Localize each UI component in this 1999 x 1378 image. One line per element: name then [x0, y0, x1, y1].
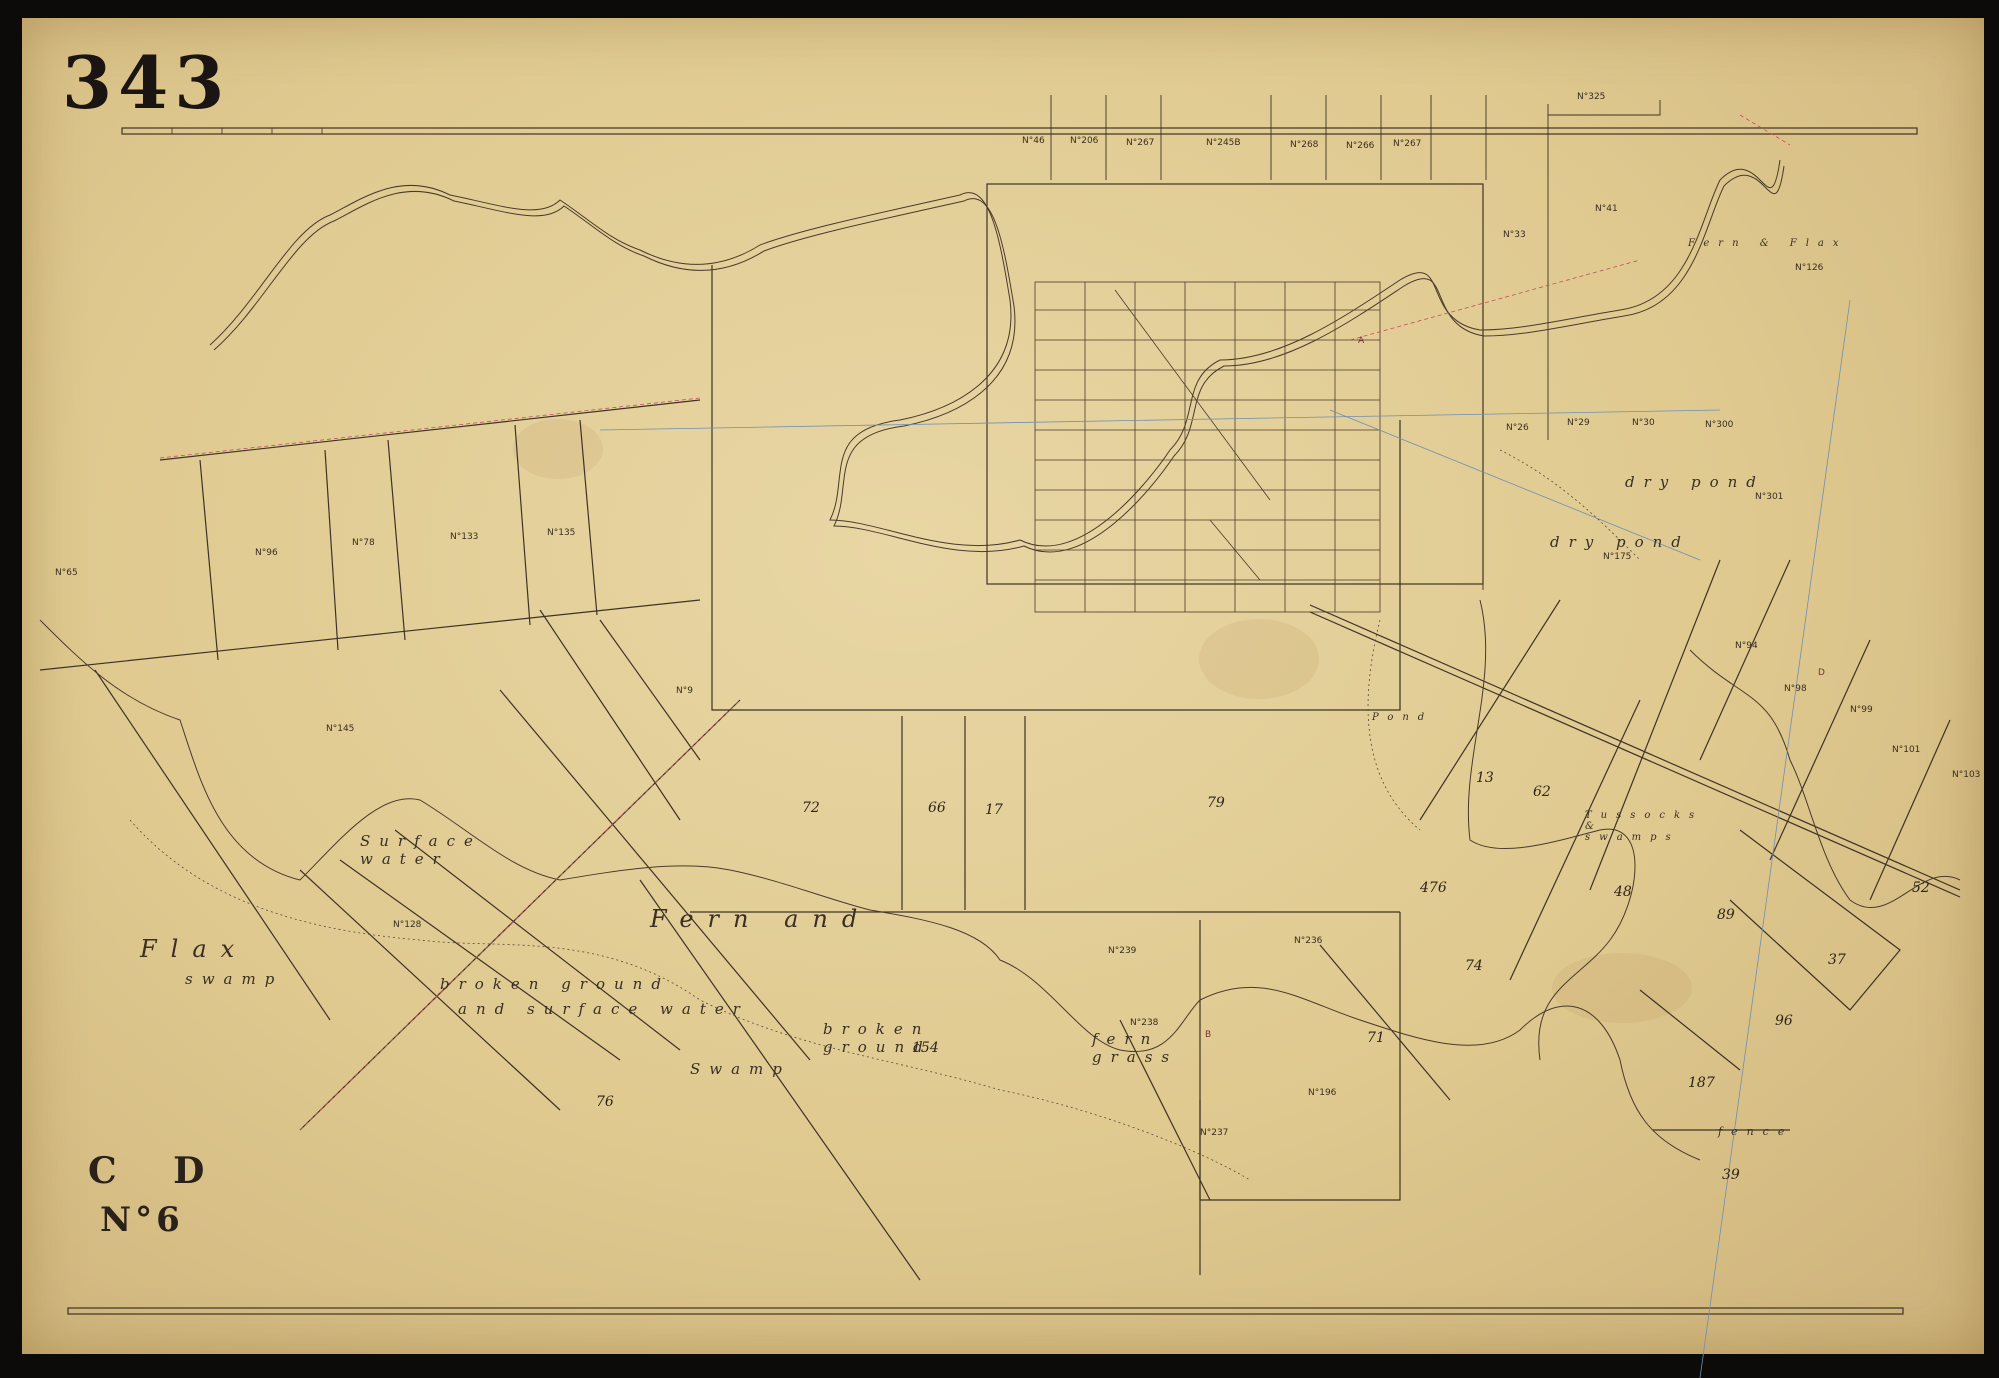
lot-label: N°101 [1892, 745, 1920, 755]
section-number: 76 [596, 1094, 614, 1110]
boundary-lines [40, 95, 1960, 1314]
annotation-surface-water: and surface water [458, 1000, 749, 1018]
lot-label: N°267 [1126, 138, 1154, 148]
lot-label: N°135 [547, 528, 575, 538]
lot-label: N°145 [326, 724, 354, 734]
lot-label: N°133 [450, 532, 478, 542]
annotation-fern-grass: fern grass [1092, 1030, 1172, 1066]
section-number: 72 [802, 800, 820, 816]
top-scale-bar [122, 128, 1917, 134]
section-number: 96 [1775, 1013, 1793, 1029]
section-number: 62 [1533, 784, 1551, 800]
lot-label: N°30 [1632, 418, 1655, 428]
lot-label: N°9 [676, 686, 693, 696]
swamp-boundaries [130, 450, 1640, 1180]
lot-label: N°175 [1603, 552, 1631, 562]
lot-label: N°196 [1308, 1088, 1336, 1098]
lot-label: N°245B [1206, 138, 1241, 148]
lot-label: N°268 [1290, 140, 1318, 150]
river [40, 160, 1960, 1160]
lot-label: N°239 [1108, 946, 1136, 956]
annotation-fern: Fern and [650, 905, 871, 933]
survey-point: D [1818, 668, 1825, 678]
lot-label: N°300 [1705, 420, 1733, 430]
lot-label: N°128 [393, 920, 421, 930]
annotation-swamp: Swamp [690, 1060, 791, 1078]
section-number: 79 [1207, 795, 1225, 811]
survey-map-drawing [0, 0, 1999, 1378]
annotation-pond: Pond [1372, 712, 1433, 723]
section-number: 66 [928, 800, 946, 816]
lot-label: N°29 [1567, 418, 1590, 428]
lot-label: N°301 [1755, 492, 1783, 502]
lot-label: N°65 [55, 568, 78, 578]
section-number: 52 [1912, 880, 1930, 896]
lot-label: N°96 [255, 548, 278, 558]
annotation-dry-pond: dry pond [1625, 473, 1765, 491]
section-number: 476 [1420, 880, 1447, 896]
annotation-broken-ground: broken ground [440, 975, 670, 993]
section-number: 187 [1688, 1075, 1715, 1091]
section-number: 17 [985, 802, 1003, 818]
lot-label: N°126 [1795, 263, 1823, 273]
lot-label: N°267 [1393, 139, 1421, 149]
lot-label: N°26 [1506, 423, 1529, 433]
annotation-fern-flax: Fern & Flax [1688, 238, 1848, 249]
section-number: 74 [1465, 958, 1483, 974]
section-number: 37 [1828, 952, 1846, 968]
lot-label: N°98 [1784, 684, 1807, 694]
annotation-dry-pond: dry pond [1550, 533, 1690, 551]
annotation-fence: fence [1718, 1125, 1793, 1138]
lot-label: N°78 [352, 538, 375, 548]
section-number: 89 [1717, 907, 1735, 923]
section-number: 13 [1476, 770, 1494, 786]
lot-label: N°236 [1294, 936, 1322, 946]
annotation-broken-ground: broken ground [823, 1020, 933, 1056]
survey-point: B [1205, 1030, 1211, 1040]
lot-label: N°33 [1503, 230, 1526, 240]
series-number: N°6 [100, 1200, 184, 1240]
lot-label: N°266 [1346, 141, 1374, 151]
bottom-scale-bar [68, 1308, 1903, 1314]
lot-label: N°99 [1850, 705, 1873, 715]
lot-label: N°325 [1577, 92, 1605, 102]
annotation-surface-water: Surface water [360, 832, 450, 868]
section-number: 39 [1722, 1167, 1740, 1183]
annotation-swamp: swamp [185, 970, 283, 988]
lot-label: N°238 [1130, 1018, 1158, 1028]
lot-label: N°237 [1200, 1128, 1228, 1138]
lot-label: N°103 [1952, 770, 1980, 780]
annotation-flax: Flax [140, 935, 248, 963]
section-number: 48 [1614, 884, 1632, 900]
lot-label: N°46 [1022, 136, 1045, 146]
section-number: 71 [1367, 1030, 1385, 1046]
annotation-tussocks: Tussocks & swamps [1585, 810, 1665, 843]
lot-label: N°41 [1595, 204, 1618, 214]
series-code: C D [88, 1150, 226, 1192]
lot-label: N°94 [1735, 641, 1758, 651]
sheet-number: 343 [62, 40, 230, 125]
survey-point: A [1358, 336, 1364, 346]
lot-label: N°206 [1070, 136, 1098, 146]
